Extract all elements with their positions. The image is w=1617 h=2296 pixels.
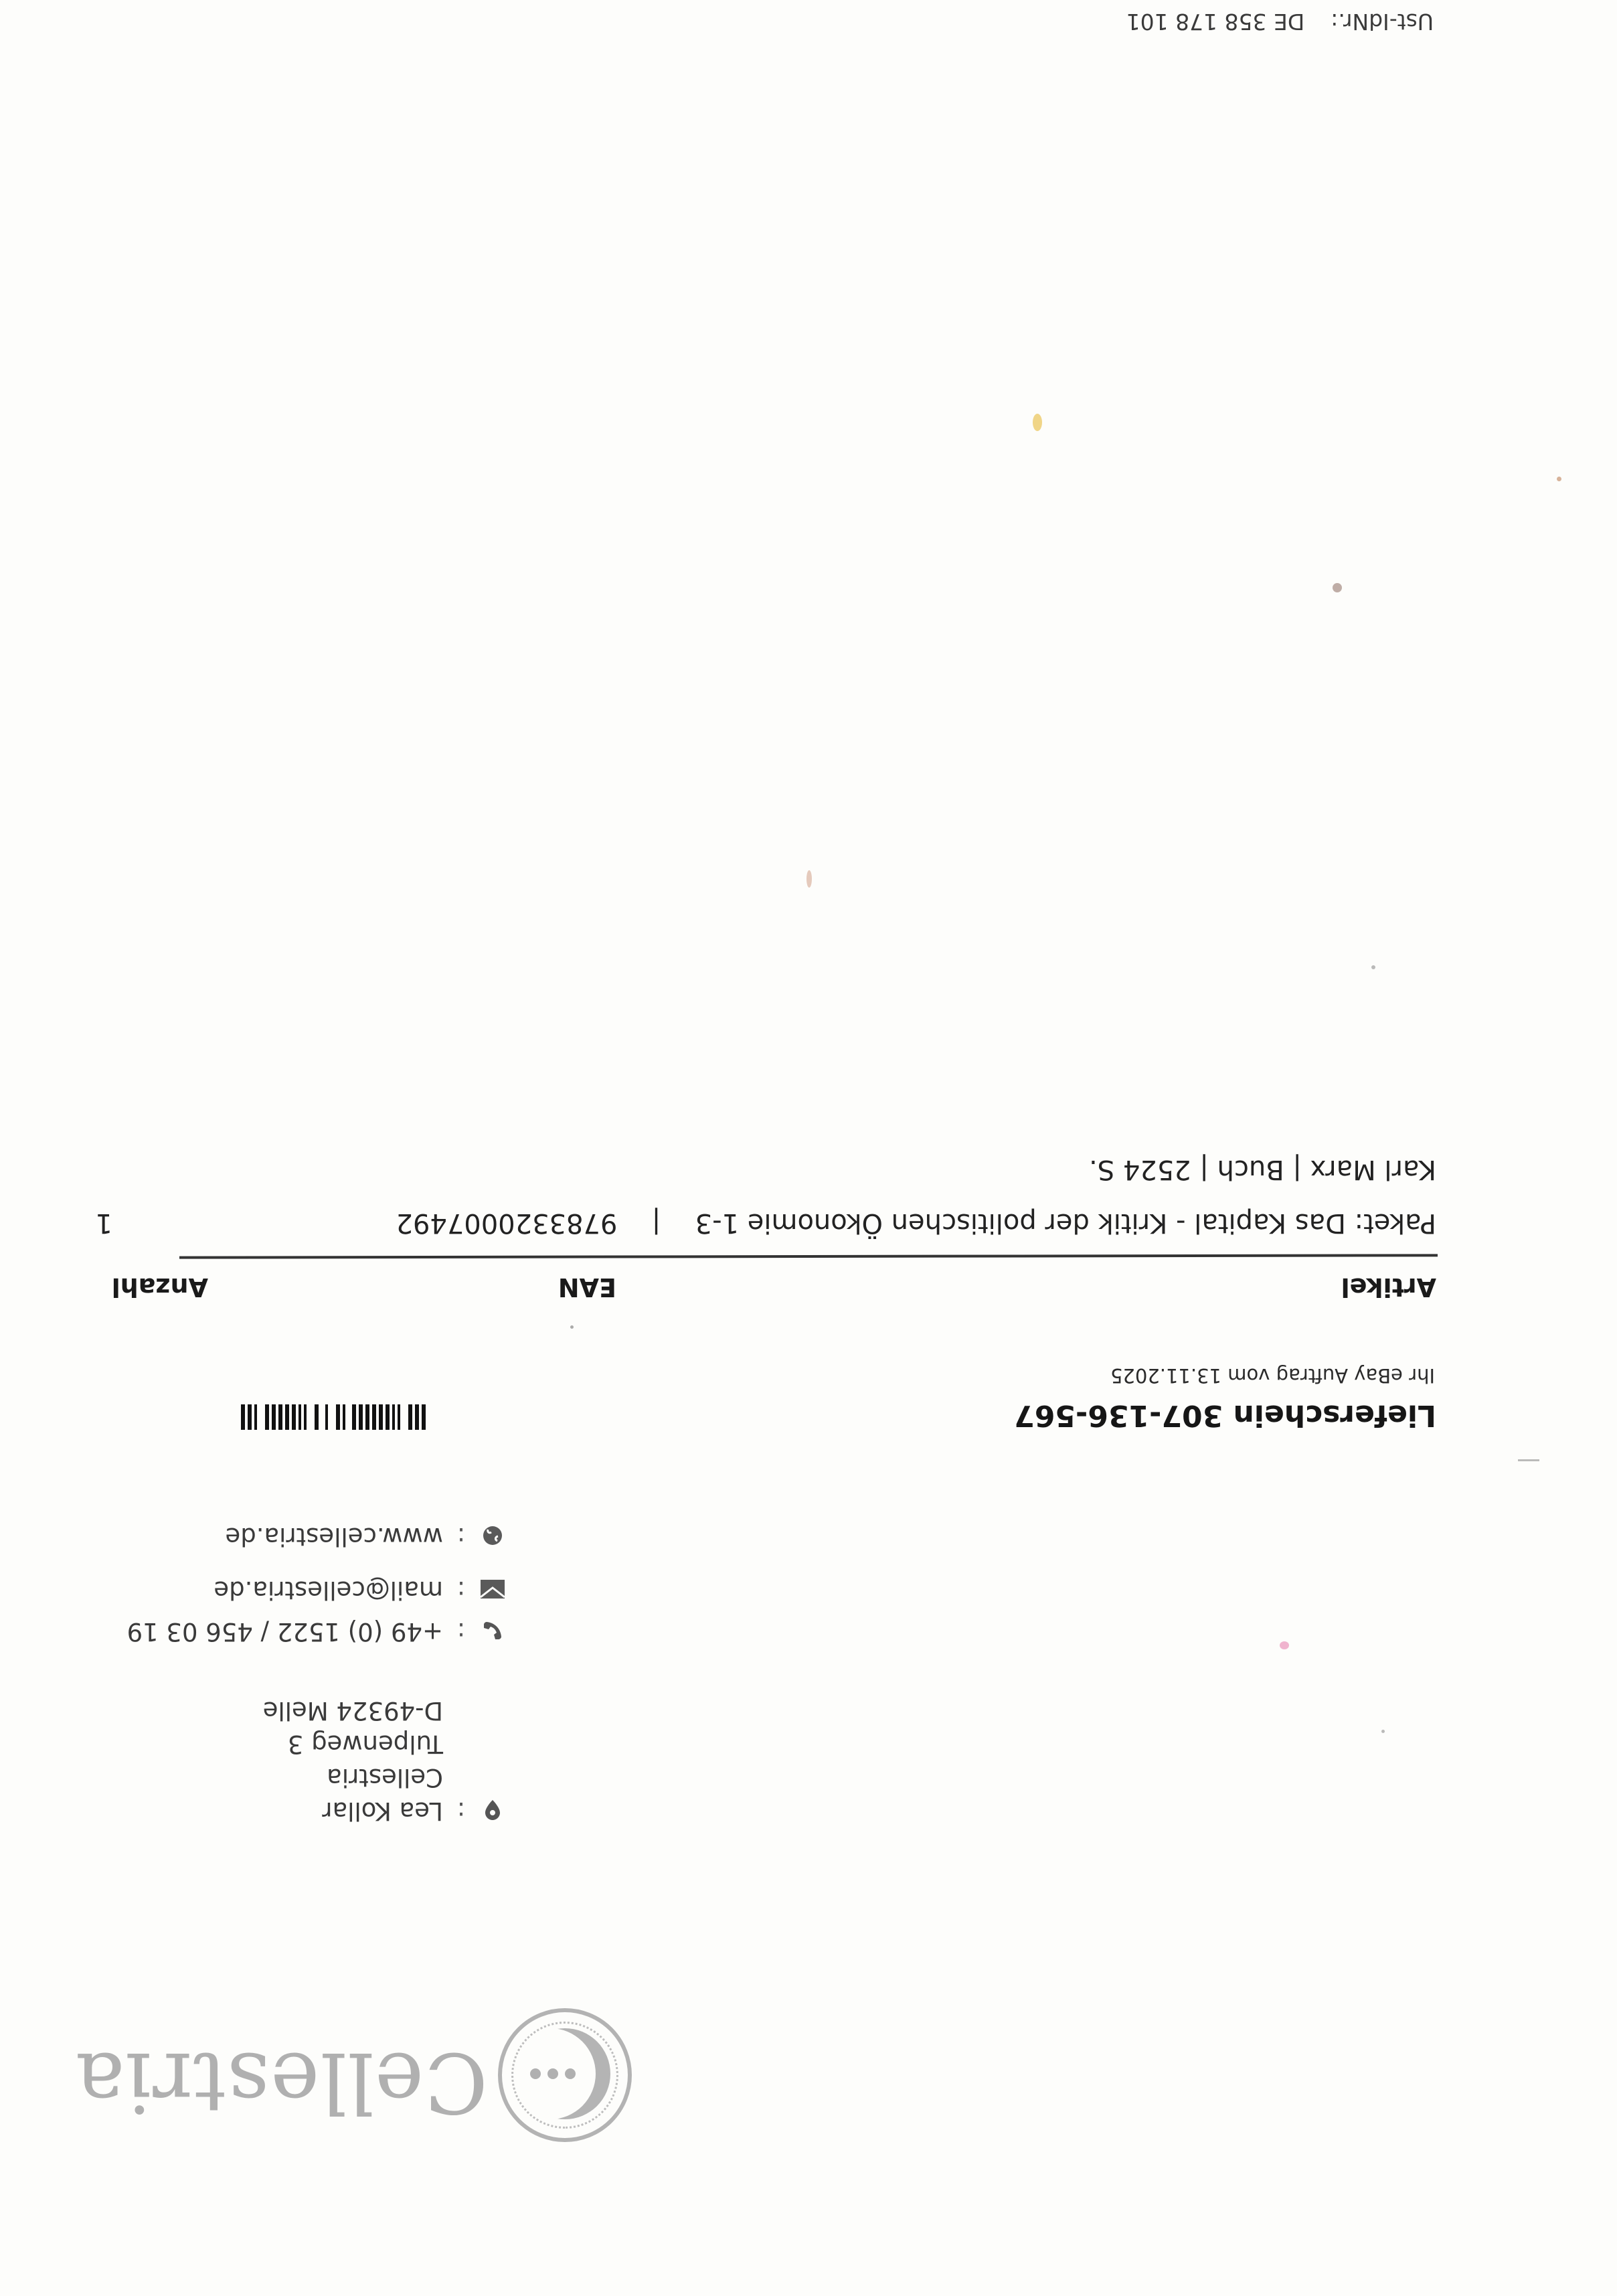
speck [1371,965,1375,969]
sender-website[interactable]: www.cellestria.de [225,1520,443,1553]
sender-city: D-49324 Melle [263,1694,443,1727]
speck [1557,477,1561,481]
column-header-ean: EAN [558,1273,616,1302]
speck [1381,1730,1385,1733]
separator: : [443,1573,479,1607]
logo-wordmark: Cellestria [75,2040,488,2123]
speck [1518,1459,1539,1461]
phone-icon [479,1617,506,1644]
column-header-quantity: Anzahl [112,1273,208,1302]
sender-phone-row: : +49 (0) 1522 / 456 03 19 [127,1615,506,1648]
vat-id: Ust-IdNr.: DE 358 178 101 [1126,9,1434,35]
sender-email[interactable]: mail@cellestria.de [214,1573,443,1607]
separator: : [443,1615,479,1648]
delivery-note-sheet: Cellestria : Lea Kollar Cellestria Tulpe… [0,0,1617,2296]
barcode [241,1404,426,1430]
article-ean: 9783320007492 [396,1208,618,1238]
globe-icon [479,1522,506,1549]
table-divider [179,1254,1438,1258]
stain-brown [806,870,812,888]
sender-street: Tulpenweg 3 [263,1727,443,1760]
sender-email-row: : mail@cellestria.de [214,1573,506,1607]
vat-number: DE 358 178 101 [1126,9,1305,35]
stain-pink [1280,1641,1289,1649]
crescent-moon-logo-icon [498,2008,632,2142]
location-pin-icon [479,1797,506,1823]
company-logo: Cellestria [83,1968,632,2182]
stain-yellow [1033,414,1042,431]
separator: : [443,1520,479,1553]
vat-label: Ust-IdNr.: [1331,9,1434,35]
order-reference: Ihr eBay Auftrag vom 13.11.2025 [1110,1364,1435,1387]
article-quantity: 1 [96,1208,112,1238]
sender-address: : Lea Kollar Cellestria Tulpenweg 3 D-49… [263,1694,506,1827]
article-name: Paket: Das Kapital - Kritik der politisc… [695,1208,1436,1238]
sender-name: Lea Kollar [263,1794,443,1827]
sender-website-row: : www.cellestria.de [225,1520,506,1553]
envelope-icon [479,1576,506,1603]
column-header-article: Artikel [1341,1273,1436,1302]
sender-company: Cellestria [263,1760,443,1794]
article-details: Karl Marx | Buch | 2524 S. [1089,1154,1436,1185]
separator: : [443,1794,479,1827]
column-separator: | [652,1208,661,1238]
speck [570,1325,574,1329]
table-row: Paket: Das Kapital - Kritik der politisc… [396,1208,1436,1238]
speck [1333,583,1342,592]
delivery-note-title: Lieferschein 307-136-567 [1014,1398,1436,1432]
sender-phone: +49 (0) 1522 / 456 03 19 [127,1615,443,1648]
